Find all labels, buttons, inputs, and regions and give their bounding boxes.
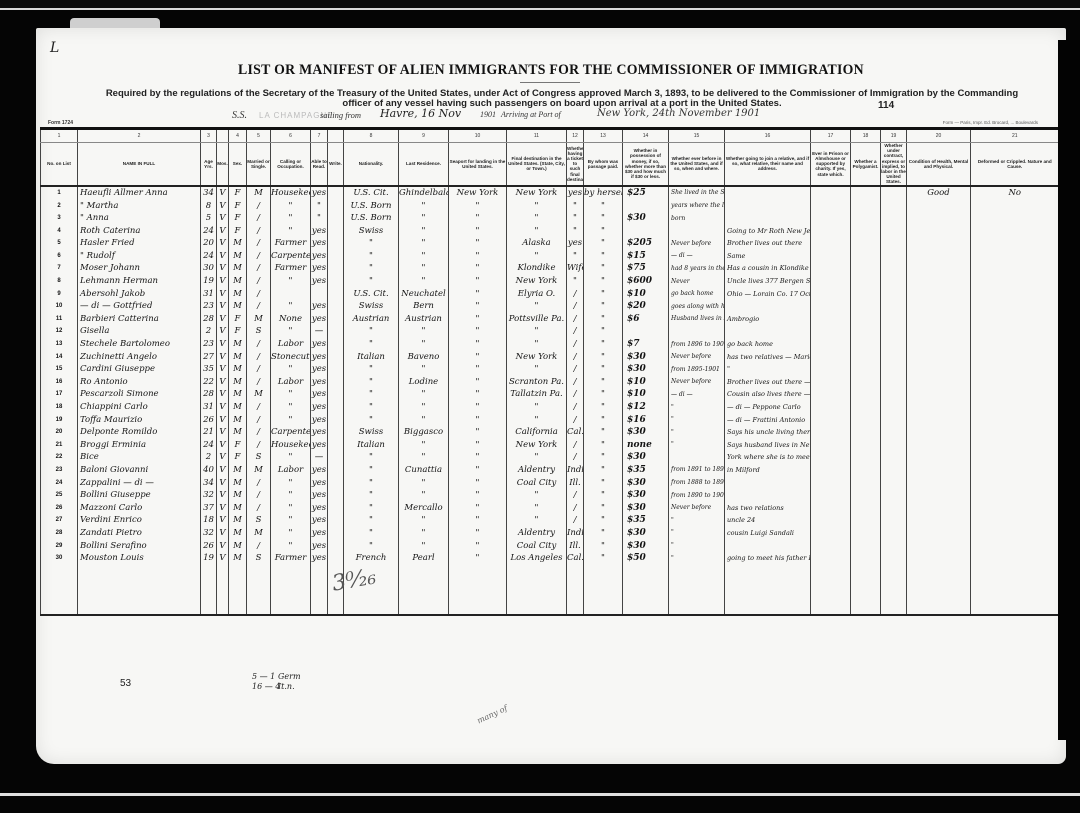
cell-empty	[881, 275, 907, 288]
cell-read: "	[311, 199, 328, 212]
passenger-row: 25Bollini Giuseppe32VM/"yes""""/"$30from…	[41, 489, 1059, 502]
cell-seaport: "	[449, 224, 507, 237]
cell-money: $12	[623, 401, 669, 414]
cell-ever-in-us: from 1895-1901	[669, 363, 725, 376]
cell-empty	[851, 262, 881, 275]
cell-empty	[328, 514, 344, 527]
cell-empty	[811, 552, 851, 565]
cell-seaport: "	[449, 199, 507, 212]
cell-paid-by: "	[584, 262, 623, 275]
column-header: Write.	[328, 143, 344, 186]
cell-money: $30	[623, 350, 669, 363]
cell-residence: "	[399, 212, 449, 225]
cell-name: Lehmann Herman	[78, 275, 201, 288]
cell-sex: F	[229, 439, 247, 452]
cell-no: 11	[41, 313, 78, 326]
cell-deformed	[971, 212, 1059, 225]
cell-destination: Pottsville Pa.	[507, 313, 567, 326]
column-number: 17	[811, 130, 851, 143]
cell-empty	[851, 426, 881, 439]
cell-calling: "	[271, 401, 311, 414]
column-header: Whether going to join a relative, and if…	[725, 143, 811, 186]
cell-sex: M	[229, 275, 247, 288]
cell-name: Bice	[78, 451, 201, 464]
cell-name: Zandati Pietro	[78, 527, 201, 540]
cell-empty	[328, 552, 344, 565]
cell-paid-by: "	[584, 313, 623, 326]
cell-ever-in-us: Never	[669, 275, 725, 288]
cell-age: 23	[201, 300, 217, 313]
cell-money: $30	[623, 363, 669, 376]
cell-ever-in-us: from 1891 to 1899	[669, 464, 725, 477]
cell-paid-by: "	[584, 426, 623, 439]
passenger-row: 29Bollini Serafino26VM/"yes"""Coal CityI…	[41, 539, 1059, 552]
cell-empty	[811, 338, 851, 351]
cell-money: $30	[623, 489, 669, 502]
cell-age: 24	[201, 439, 217, 452]
cell-sex: M	[229, 401, 247, 414]
cell-no: 18	[41, 401, 78, 414]
column-number: 2	[78, 130, 201, 143]
cell-read: yes	[311, 552, 328, 565]
cell-mos: V	[217, 439, 229, 452]
cell-sex: M	[229, 464, 247, 477]
manifest-table: 123456789101112131415161718192021 No. on…	[40, 130, 1059, 616]
cell-seaport: "	[449, 212, 507, 225]
cell-age: 37	[201, 501, 217, 514]
cell-empty	[851, 451, 881, 464]
cell-relative: has two relatives — Mario, 37 Houston St	[725, 350, 811, 363]
cell-empty	[811, 376, 851, 389]
column-header: Married or Single.	[247, 143, 271, 186]
column-header: Seaport for landing in the United States…	[449, 143, 507, 186]
cell-sex: M	[229, 426, 247, 439]
cell-empty	[851, 212, 881, 225]
cell-empty	[851, 186, 881, 200]
cell-empty	[328, 539, 344, 552]
cell-nationality: French	[344, 552, 399, 565]
cell-deformed	[971, 539, 1059, 552]
cell-ever-in-us: "	[669, 426, 725, 439]
cell-age: 28	[201, 313, 217, 326]
cell-mos: V	[217, 552, 229, 565]
cell-nationality: U.S. Cit.	[344, 287, 399, 300]
cell-ever-in-us: Never before	[669, 237, 725, 250]
cell-ticket: /	[567, 388, 584, 401]
cell-mos: V	[217, 501, 229, 514]
cell-married: M	[247, 464, 271, 477]
cell-empty	[881, 552, 907, 565]
cell-health	[907, 439, 971, 452]
cell-deformed	[971, 439, 1059, 452]
cell-sex: F	[229, 224, 247, 237]
cell-calling: "	[271, 413, 311, 426]
cell-calling: Housekeeper	[271, 186, 311, 200]
cell-destination: "	[507, 199, 567, 212]
cell-empty	[881, 439, 907, 452]
sailing-year: 1901	[480, 110, 496, 119]
cell-name: Pescarzoli Simone	[78, 388, 201, 401]
cell-empty	[811, 489, 851, 502]
cell-empty	[328, 464, 344, 477]
cell-nationality: "	[344, 489, 399, 502]
cell-seaport: "	[449, 401, 507, 414]
cell-calling: Carpenter	[271, 426, 311, 439]
cell-no: 4	[41, 224, 78, 237]
cell-relative: Cousin also lives there — Zazzarini Gius…	[725, 388, 811, 401]
cell-health: Good	[907, 186, 971, 200]
cell-seaport: "	[449, 325, 507, 338]
cell-ticket: Cal.	[567, 426, 584, 439]
cell-empty	[811, 388, 851, 401]
cell-calling: "	[271, 476, 311, 489]
cell-no: 27	[41, 514, 78, 527]
cell-no: 25	[41, 489, 78, 502]
cell-empty	[328, 413, 344, 426]
manifest-page: L LIST OR MANIFEST OF ALIEN IMMIGRANTS F…	[36, 28, 1066, 764]
cell-ticket: /	[567, 439, 584, 452]
cell-mos: V	[217, 313, 229, 326]
cell-calling: Farmer	[271, 262, 311, 275]
column-header: Mos.	[217, 143, 229, 186]
cell-nationality: "	[344, 325, 399, 338]
passenger-row: 21Broggi Erminia24VF/HousekeeperyesItali…	[41, 439, 1059, 452]
cell-name: Broggi Erminia	[78, 439, 201, 452]
cell-seaport: "	[449, 451, 507, 464]
cell-nationality: Italian	[344, 350, 399, 363]
film-border-top	[0, 0, 1080, 10]
cell-nationality: "	[344, 275, 399, 288]
sex-tally: 5 — 1 16 — 4	[252, 672, 280, 692]
column-header: Deformed or Crippled. Nature and Cause.	[971, 143, 1059, 186]
cell-no: 12	[41, 325, 78, 338]
cell-empty	[881, 224, 907, 237]
cell-empty	[851, 489, 881, 502]
cell-ever-in-us: Husband lives in Pottsville	[669, 313, 725, 326]
cell-calling: Carpenter	[271, 250, 311, 263]
cell-seaport: "	[449, 237, 507, 250]
cell-read: yes	[311, 350, 328, 363]
cell-read: yes	[311, 476, 328, 489]
cell-no: 5	[41, 237, 78, 250]
cell-relative: — di — Peppone Carlo	[725, 401, 811, 414]
cell-empty	[881, 186, 907, 200]
cell-sex: M	[229, 376, 247, 389]
cell-age: 22	[201, 376, 217, 389]
cell-destination: New York	[507, 439, 567, 452]
cell-residence: Cunattia	[399, 464, 449, 477]
cell-empty	[881, 287, 907, 300]
cell-age: 31	[201, 401, 217, 414]
cell-name: Stechele Bartolomeo	[78, 338, 201, 351]
cell-ever-in-us: from 1890 to 1900	[669, 489, 725, 502]
cell-empty	[328, 489, 344, 502]
cell-calling: "	[271, 514, 311, 527]
cell-empty	[851, 401, 881, 414]
cell-age: 34	[201, 186, 217, 200]
cell-ever-in-us	[669, 325, 725, 338]
passenger-row: 19Toffa Maurizio26VM/"yes""""/"$16"— di …	[41, 413, 1059, 426]
cell-calling: "	[271, 212, 311, 225]
cell-age: 28	[201, 388, 217, 401]
cell-mos: V	[217, 186, 229, 200]
cell-seaport: "	[449, 287, 507, 300]
cell-married: S	[247, 514, 271, 527]
cell-empty	[881, 514, 907, 527]
cell-ticket: /	[567, 300, 584, 313]
cell-married: S	[247, 552, 271, 565]
cell-age: 19	[201, 275, 217, 288]
cell-age: 21	[201, 426, 217, 439]
cell-age: 2	[201, 325, 217, 338]
cell-ticket: /	[567, 350, 584, 363]
cell-empty	[328, 186, 344, 200]
cell-sex: M	[229, 237, 247, 250]
cell-read: yes	[311, 376, 328, 389]
cell-sex: M	[229, 338, 247, 351]
requirement-text: Required by the regulations of the Secre…	[72, 89, 1052, 109]
printer-note: Form — Paris, Impr. Ed. Brocard, ... Bou…	[943, 120, 1038, 125]
cell-residence: "	[399, 250, 449, 263]
cell-ticket: /	[567, 401, 584, 414]
cell-empty	[811, 262, 851, 275]
cell-empty	[811, 287, 851, 300]
cell-destination: Elyria O.	[507, 287, 567, 300]
cell-money: $10	[623, 388, 669, 401]
cell-mos: V	[217, 527, 229, 540]
cell-read	[311, 287, 328, 300]
cell-age: 27	[201, 350, 217, 363]
cell-ticket: Indi Terr	[567, 464, 584, 477]
cell-money	[623, 325, 669, 338]
cell-empty	[811, 363, 851, 376]
cell-empty	[811, 186, 851, 200]
cell-residence: Biggasco	[399, 426, 449, 439]
cell-name: Bollini Giuseppe	[78, 489, 201, 502]
passenger-row: 8Lehmann Herman19VM/"yes"""New York""$60…	[41, 275, 1059, 288]
cell-nationality: "	[344, 464, 399, 477]
cell-residence: "	[399, 363, 449, 376]
requirement-line-2: officer of any vessel having such passen…	[72, 99, 1052, 109]
cell-destination: "	[507, 224, 567, 237]
cell-empty	[851, 476, 881, 489]
cell-ever-in-us: Never before	[669, 350, 725, 363]
cell-ever-in-us: "	[669, 539, 725, 552]
passenger-row: 27Verdini Enrico18VMS"yes""""/"$35"uncle…	[41, 514, 1059, 527]
cell-married: /	[247, 413, 271, 426]
cell-no: 1	[41, 186, 78, 200]
cell-seaport: "	[449, 250, 507, 263]
cell-health	[907, 250, 971, 263]
cell-calling: "	[271, 501, 311, 514]
cell-seaport: "	[449, 275, 507, 288]
cell-read: "	[311, 212, 328, 225]
cell-empty	[328, 262, 344, 275]
cell-sex: M	[229, 388, 247, 401]
cell-seaport: "	[449, 426, 507, 439]
column-header: Condition of Health, Mental and Physical…	[907, 143, 971, 186]
cell-deformed	[971, 338, 1059, 351]
column-number: 15	[669, 130, 725, 143]
cell-no: 13	[41, 338, 78, 351]
document-title: LIST OR MANIFEST OF ALIEN IMMIGRANTS FOR…	[77, 62, 1025, 79]
cell-ever-in-us: born	[669, 212, 725, 225]
cell-relative	[725, 489, 811, 502]
cell-age: 23	[201, 338, 217, 351]
cell-ever-in-us: had 8 years in the States	[669, 262, 725, 275]
cell-sex: M	[229, 514, 247, 527]
cell-deformed: No	[971, 186, 1059, 200]
cell-residence: "	[399, 413, 449, 426]
cell-ticket: yes	[567, 186, 584, 200]
cell-nationality: Swiss	[344, 426, 399, 439]
cell-empty	[328, 401, 344, 414]
cell-nationality: U.S. Cit.	[344, 186, 399, 200]
cell-ever-in-us: She lived in the States over 10	[669, 186, 725, 200]
cell-nationality: "	[344, 514, 399, 527]
cell-money: $205	[623, 237, 669, 250]
cell-health	[907, 199, 971, 212]
cell-name: Verdini Enrico	[78, 514, 201, 527]
cell-married: /	[247, 350, 271, 363]
cell-empty	[328, 363, 344, 376]
cell-empty	[328, 287, 344, 300]
cell-money: $10	[623, 287, 669, 300]
cell-age: 34	[201, 476, 217, 489]
cell-money: $30	[623, 539, 669, 552]
cell-read: yes	[311, 250, 328, 263]
cell-empty	[811, 501, 851, 514]
cell-sex: F	[229, 199, 247, 212]
cell-deformed	[971, 363, 1059, 376]
cell-ever-in-us: from 1888 to 1894	[669, 476, 725, 489]
cell-relative: York where she is to meet him	[725, 451, 811, 464]
cell-empty	[811, 224, 851, 237]
cell-mos: V	[217, 476, 229, 489]
cell-ever-in-us: "	[669, 413, 725, 426]
cell-ever-in-us: — di —	[669, 388, 725, 401]
cell-read: yes	[311, 186, 328, 200]
cell-name: " Anna	[78, 212, 201, 225]
column-number: 16	[725, 130, 811, 143]
cell-health	[907, 476, 971, 489]
cell-ever-in-us	[669, 224, 725, 237]
passenger-row: 15Cardini Giuseppe35VM/"yes""""/"$30from…	[41, 363, 1059, 376]
cell-empty	[851, 350, 881, 363]
cell-age: 5	[201, 212, 217, 225]
cell-relative	[725, 476, 811, 489]
cell-ever-in-us: "	[669, 514, 725, 527]
cell-empty	[328, 451, 344, 464]
cell-residence: "	[399, 338, 449, 351]
cell-mos: V	[217, 388, 229, 401]
cell-health	[907, 376, 971, 389]
cell-seaport: "	[449, 300, 507, 313]
cell-married: /	[247, 489, 271, 502]
column-header: Whether under contract, express or impli…	[881, 143, 907, 186]
cell-ticket: "	[567, 250, 584, 263]
passenger-row: 28Zandati Pietro32VMM"yes"""AldentryIndi…	[41, 527, 1059, 540]
cell-money: $30	[623, 501, 669, 514]
cell-read: yes	[311, 224, 328, 237]
passenger-row: 6" Rudolf24VM/Carpenteryes""""""$15— di …	[41, 250, 1059, 263]
cell-name: Zuchinetti Angelo	[78, 350, 201, 363]
arriving-label: Arriving at Port of	[501, 110, 561, 119]
passenger-row: 9Abersohl Jakob31VM/U.S. Cit.Neuchatel"E…	[41, 287, 1059, 300]
cell-paid-by: "	[584, 401, 623, 414]
cell-read: —	[311, 451, 328, 464]
cell-destination: Coal City	[507, 539, 567, 552]
cell-empty	[811, 250, 851, 263]
cell-seaport: "	[449, 313, 507, 326]
cell-sex: M	[229, 527, 247, 540]
passenger-row: 23Baloni Giovanni40VMMLaboryes"Cunattia"…	[41, 464, 1059, 477]
cell-sex: M	[229, 350, 247, 363]
cell-empty	[851, 237, 881, 250]
cell-empty	[811, 300, 851, 313]
cell-read: yes	[311, 262, 328, 275]
column-header: Able to Read.	[311, 143, 328, 186]
cell-empty	[811, 212, 851, 225]
cell-nationality: Swiss	[344, 300, 399, 313]
cell-read: —	[311, 325, 328, 338]
cell-empty	[851, 413, 881, 426]
cell-destination: "	[507, 325, 567, 338]
cell-ever-in-us: years where the little ones were	[669, 199, 725, 212]
passenger-total: 53	[120, 678, 131, 689]
cell-empty	[881, 426, 907, 439]
cell-no: 20	[41, 426, 78, 439]
cell-money: $6	[623, 313, 669, 326]
cell-empty	[811, 401, 851, 414]
cell-empty	[851, 325, 881, 338]
cell-married: /	[247, 539, 271, 552]
cell-name: Cardini Giuseppe	[78, 363, 201, 376]
passenger-rows: 1Haeufli Allmer Anna34VFMHousekeeperyesU…	[41, 186, 1059, 565]
cell-nationality: "	[344, 539, 399, 552]
cell-calling: Farmer	[271, 552, 311, 565]
cell-ticket: "	[567, 224, 584, 237]
cell-paid-by: "	[584, 212, 623, 225]
cell-read: yes	[311, 426, 328, 439]
cell-married: M	[247, 313, 271, 326]
cell-married: S	[247, 451, 271, 464]
cell-read: yes	[311, 413, 328, 426]
cell-calling: Labor	[271, 338, 311, 351]
cell-empty	[851, 300, 881, 313]
cell-no: 2	[41, 199, 78, 212]
column-header: Final destination in the United States. …	[507, 143, 567, 186]
cell-deformed	[971, 451, 1059, 464]
cell-relative: Going to Mr Roth New Jersey	[725, 224, 811, 237]
column-number: 12	[567, 130, 584, 143]
cell-mos: V	[217, 539, 229, 552]
cell-married: /	[247, 262, 271, 275]
cell-calling: "	[271, 388, 311, 401]
cell-read: yes	[311, 388, 328, 401]
cell-relative	[725, 300, 811, 313]
cell-married: S	[247, 325, 271, 338]
cell-empty	[851, 552, 881, 565]
cell-married: /	[247, 199, 271, 212]
cell-seaport: "	[449, 262, 507, 275]
cell-mos: V	[217, 224, 229, 237]
cell-destination: "	[507, 338, 567, 351]
cell-health	[907, 501, 971, 514]
cell-empty	[851, 287, 881, 300]
title-ornament	[520, 82, 580, 83]
cell-health	[907, 451, 971, 464]
